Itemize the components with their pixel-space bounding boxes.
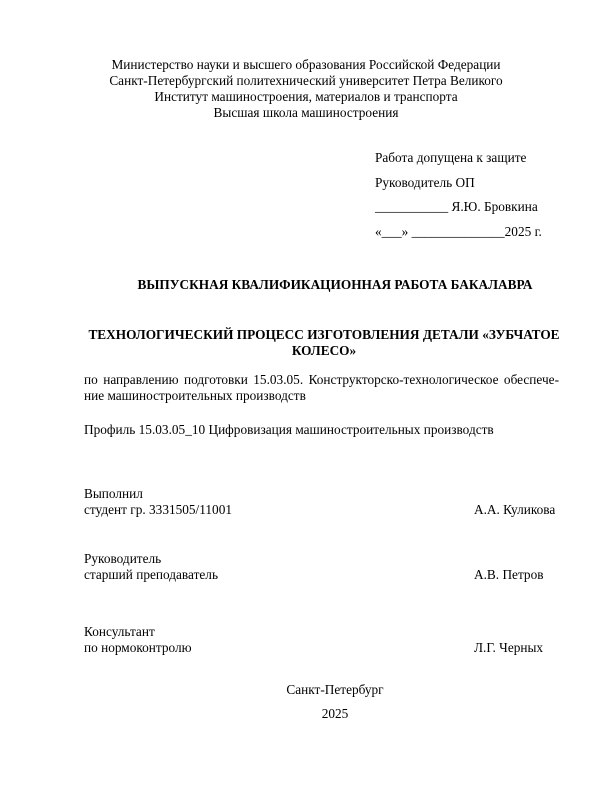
study-direction: по направлению подготовки 15.03.05. Конс… bbox=[84, 372, 559, 404]
approval-date-line: «___» ______________2025 г. bbox=[375, 220, 542, 245]
approval-admitted: Работа допущена к защите bbox=[375, 146, 542, 171]
institute-name: Институт машиностроения, материалов и тр… bbox=[0, 89, 612, 105]
city: Санкт-Петербург bbox=[0, 682, 612, 698]
ministry-name: Министерство науки и высшего образования… bbox=[0, 57, 612, 73]
signature-name: А.В. Петров bbox=[474, 567, 560, 583]
signature-position: студент гр. 3331505/11001 bbox=[84, 502, 232, 518]
university-name: Санкт-Петербургский политехнический унив… bbox=[0, 73, 612, 89]
signature-consultant: Консультант по нормоконтролю Л.Г. Черных bbox=[84, 624, 560, 656]
thesis-topic-title: ТЕХНОЛОГИЧЕСКИЙ ПРОЦЕСС ИЗГОТОВЛЕНИЯ ДЕТ… bbox=[84, 327, 564, 359]
signature-position: старший преподаватель bbox=[84, 567, 218, 583]
signature-name: Л.Г. Черных bbox=[474, 640, 560, 656]
signature-position: по нормоконтролю bbox=[84, 640, 192, 656]
signature-role: Выполнил bbox=[84, 486, 560, 502]
organization-header: Министерство науки и высшего образования… bbox=[0, 57, 612, 121]
signature-role: Консультант bbox=[84, 624, 560, 640]
study-profile: Профиль 15.03.05_10 Цифровизация машинос… bbox=[84, 422, 494, 438]
approval-block: Работа допущена к защите Руководитель ОП… bbox=[375, 146, 542, 244]
year: 2025 bbox=[0, 706, 612, 722]
signature-supervisor: Руководитель старший преподаватель А.В. … bbox=[84, 551, 560, 583]
approval-head-signature: ___________ Я.Ю. Бровкина bbox=[375, 195, 542, 220]
signature-role: Руководитель bbox=[84, 551, 560, 567]
signature-student: Выполнил студент гр. 3331505/11001 А.А. … bbox=[84, 486, 560, 518]
signature-name: А.А. Куликова bbox=[474, 502, 560, 518]
approval-head-title: Руководитель ОП bbox=[375, 171, 542, 196]
school-name: Высшая школа машиностроения bbox=[0, 105, 612, 121]
work-type-title: ВЫПУСКНАЯ КВАЛИФИКАЦИОННАЯ РАБОТА БАКАЛА… bbox=[0, 277, 612, 293]
